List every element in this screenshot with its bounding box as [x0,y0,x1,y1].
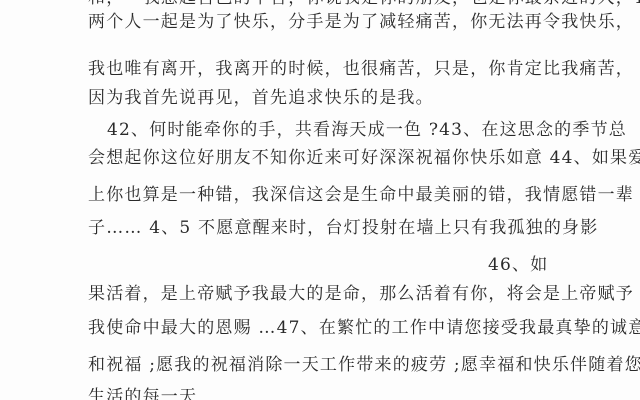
text-line: 因为我首先说再见，首先追求快乐的是我。 [88,88,434,108]
text-line: 和祝福 ;愿我的祝福消除一天工作带来的疲劳 ;愿幸福和快乐伴随着您 [88,355,640,375]
text-line: 我也唯有离开，我离开的时候，也很痛苦，只是，你肯定比我痛苦， [88,59,634,79]
text-line: 会想起你这位好朋友不知你近来可好深深祝福你快乐如意 44、如果爱 [88,148,640,168]
text-line: 我使命中最大的恩赐 …47、在繁忙的工作中请您接受我最真挚的诚意 [88,318,640,338]
text-line: 子…… 4、5 不愿意醒来时，台灯投射在墙上只有我孤独的身影 [88,218,598,238]
text-line: 上你也算是一种错，我深信这会是生命中最美丽的错，我情愿错一辈 [88,185,634,205]
text-line-cutoff: 生活的每一天 [88,387,197,400]
text-line: 两个人一起是为了快乐，分手是为了减轻痛苦，你无法再令我快乐， [88,12,634,32]
text-line-right-aligned: 46、如 [488,255,548,275]
document-page: 和，一我想起自己的不舍，你说我是你的朋友，也是你最亲近的人，1991 两个人一起… [0,0,640,400]
text-line: 果活着，是上帝赋予我最大的是命，那么活着有你，将会是上帝赋予 [88,284,634,304]
paragraph-start-line: 42、何时能牵你的手，共看海天成一色 ?43、在这思念的季节总 [107,120,627,140]
text-line-cutoff: 和，一我想起自己的不舍，你说我是你的朋友，也是你最亲近的人，1991 [88,0,640,8]
